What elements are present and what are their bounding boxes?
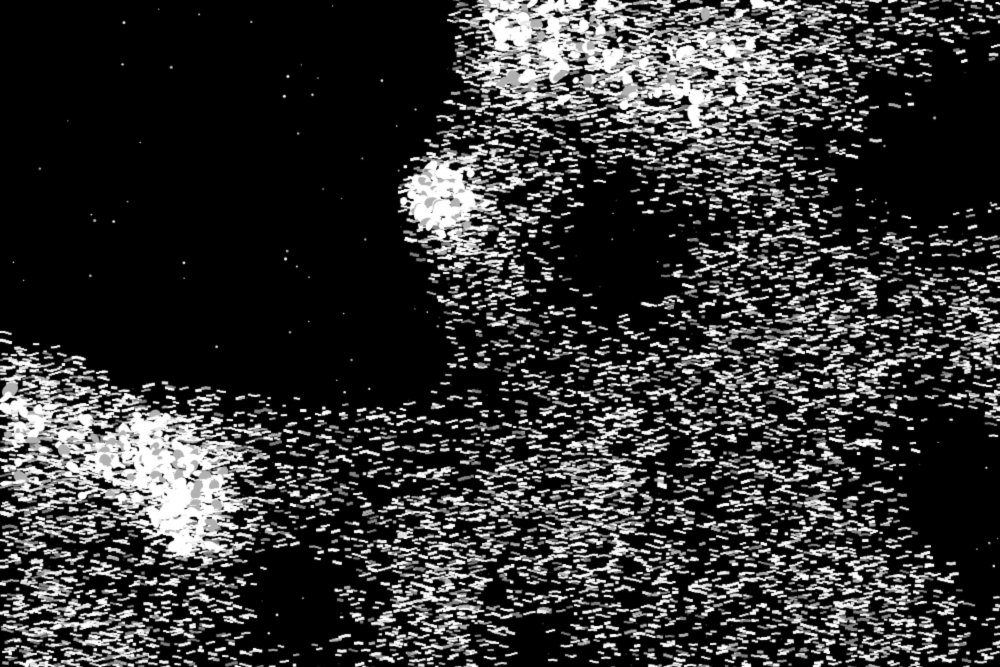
grunge-texture-image [0, 0, 1000, 667]
grunge-texture-canvas [0, 0, 1000, 667]
